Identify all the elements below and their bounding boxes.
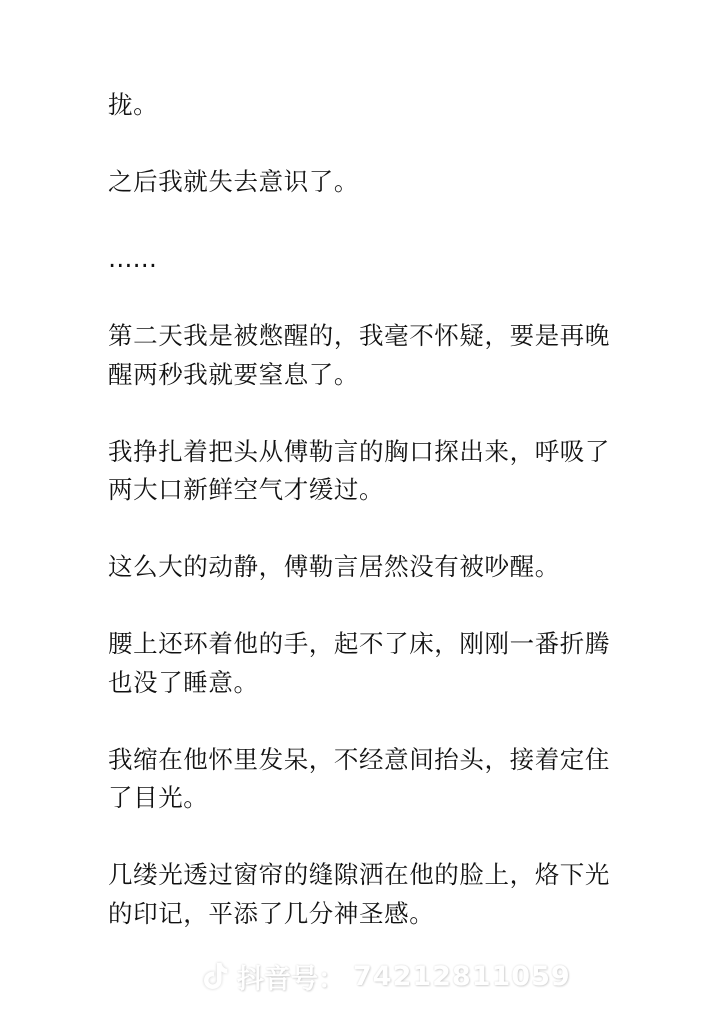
document-body: 拢。 之后我就失去意识了。 …… 第二天我是被憋醒的，我毫不怀疑，要是再晚醒两秒… <box>108 86 613 972</box>
watermark-label: 抖音号： <box>237 957 345 996</box>
paragraph: 第二天我是被憋醒的，我毫不怀疑，要是再晚醒两秒我就要窒息了。 <box>108 317 613 394</box>
paragraph: 之后我就失去意识了。 <box>108 163 613 202</box>
paragraph: 几缕光透过窗帘的缝隙洒在他的脸上，烙下光的印记，平添了几分神圣感。 <box>108 856 613 933</box>
paragraph: 这么大的动静，傅勒言居然没有被吵醒。 <box>108 548 613 587</box>
paragraph-ellipsis: …… <box>108 240 613 279</box>
tiktok-note-icon <box>203 961 229 991</box>
paragraph: 拢。 <box>108 86 613 125</box>
douyin-watermark: 抖音号：74212811059 <box>203 956 571 996</box>
watermark-account-id: 74212811059 <box>353 961 571 992</box>
paragraph: 腰上还环着他的手，起不了床，刚刚一番折腾也没了睡意。 <box>108 625 613 702</box>
paragraph: 我缩在他怀里发呆，不经意间抬头，接着定住了目光。 <box>108 741 613 818</box>
paragraph: 我挣扎着把头从傅勒言的胸口探出来，呼吸了两大口新鲜空气才缓过。 <box>108 433 613 510</box>
